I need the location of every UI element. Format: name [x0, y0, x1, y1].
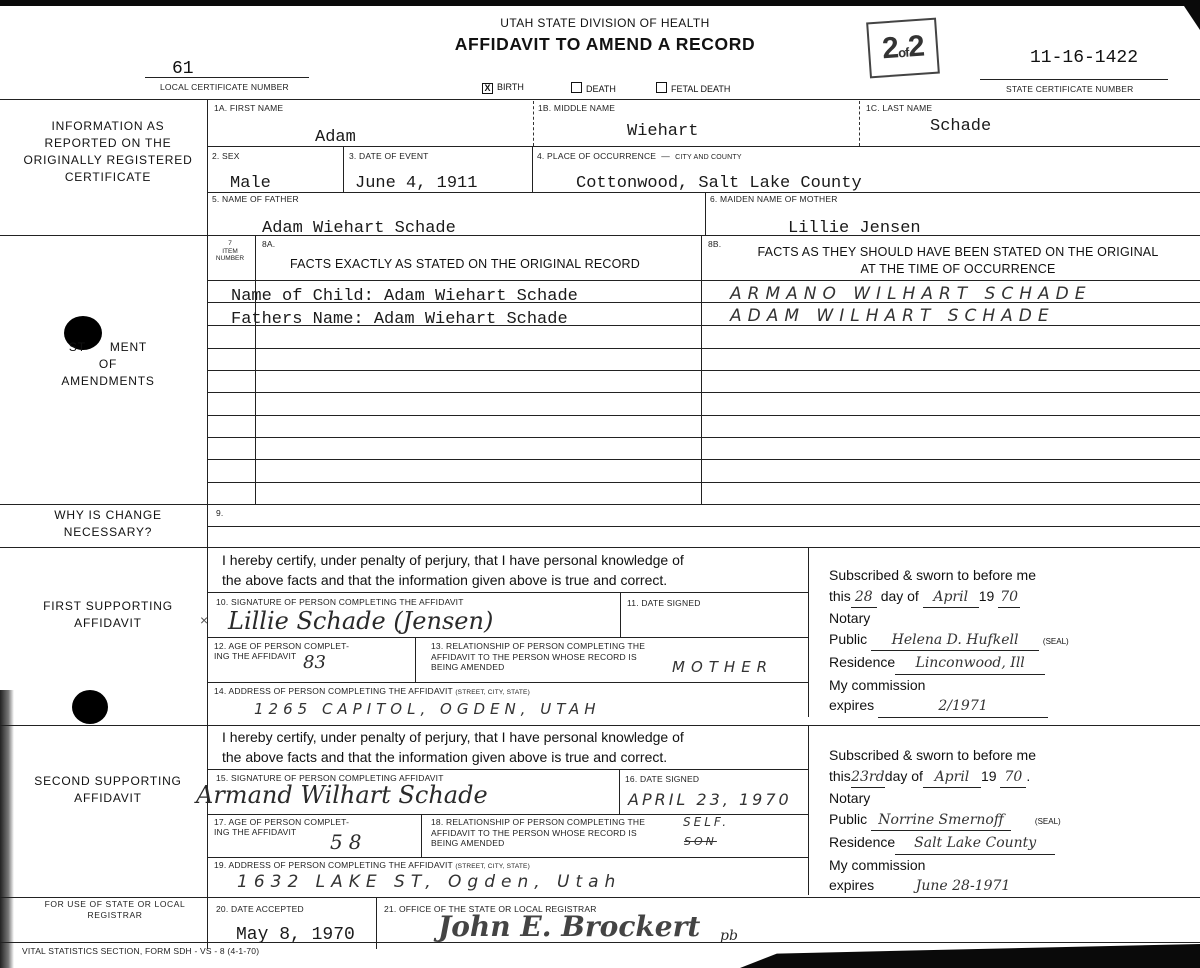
scan-edge-shadow — [0, 690, 14, 968]
agency-name: UTAH STATE DIVISION OF HEALTH — [0, 16, 1200, 30]
item-number-header: 7ITEM NUMBER — [210, 240, 250, 263]
address-label: 14. ADDRESS OF PERSON COMPLETING THE AFF… — [214, 686, 530, 696]
col-8a-header: FACTS EXACTLY AS STATED ON THE ORIGINAL … — [290, 257, 640, 271]
section-label-registrar: FOR USE OF STATE OR LOCAL REGISTRAR — [40, 899, 190, 920]
section-label-first-affidavit: FIRST SUPPORTING AFFIDAVIT — [18, 598, 198, 632]
signature-label: 10. SIGNATURE OF PERSON COMPLETING THE A… — [216, 597, 464, 607]
date-signed-value: APRIL 23, 1970 — [628, 790, 792, 809]
checkbox-fetal-death-box[interactable] — [656, 82, 667, 93]
relationship-label: 13. RELATIONSHIP OF PERSON COMPLETING TH… — [431, 641, 645, 673]
address-value: 1265 CAPITOL, OGDEN, UTAH — [254, 700, 601, 718]
state-certificate-label: STATE CERTIFICATE NUMBER — [1006, 84, 1133, 94]
date-signed-label: 16. DATE SIGNED — [625, 774, 699, 784]
x-mark: × — [200, 612, 208, 628]
section-label-original: INFORMATION AS REPORTED ON THE ORIGINALL… — [18, 118, 198, 186]
sex-label: 2. SEX — [212, 151, 240, 161]
mother-name-label: 6. MAIDEN NAME OF MOTHER — [710, 194, 838, 204]
certify-text-2: the above facts and that the information… — [222, 747, 667, 767]
scan-border-top — [0, 0, 1200, 6]
state-certificate-number: 11-16-1422 — [1030, 48, 1138, 68]
certify-text-1: I hereby certify, under penalty of perju… — [222, 727, 684, 747]
place-label: 4. PLACE OF OCCURRENCE — CITY AND COUNTY — [537, 151, 742, 161]
col-8b-num: 8B. — [708, 239, 721, 249]
age-value: 58 — [330, 830, 367, 854]
checkbox-death-box[interactable] — [571, 82, 582, 93]
col-8b-header: FACTS AS THEY SHOULD HAVE BEEN STATED ON… — [748, 244, 1168, 278]
checkbox-birth-box[interactable]: X — [482, 83, 493, 94]
signature-value: Armand Wilhart Schade — [196, 781, 488, 809]
notary-block-second: Subscribed & sworn to before me this23rd… — [829, 745, 1061, 898]
certify-text-1: I hereby certify, under penalty of perju… — [222, 550, 684, 570]
col-8a-num: 8A. — [262, 239, 275, 249]
relationship-value: MOTHER — [672, 658, 773, 676]
first-name-value: Adam — [315, 128, 356, 147]
why-value — [220, 508, 1190, 524]
section-label-why: WHY IS CHANGE NECESSARY? — [18, 507, 198, 541]
middle-name-value: Wiehart — [627, 122, 698, 141]
father-name-label: 5. NAME OF FATHER — [212, 194, 299, 204]
local-certificate-number: 61 — [172, 59, 194, 79]
age-label: 17. AGE OF PERSON COMPLET-ING THE AFFIDA… — [214, 817, 349, 837]
signature-value: Lillie Schade (Jensen) — [228, 607, 493, 635]
relationship-struck-value: SON — [684, 835, 717, 848]
amendment-row-original: Fathers Name: Adam Wiehart Schade — [231, 310, 568, 329]
checkbox-death[interactable]: DEATH — [571, 82, 616, 94]
checkbox-birth[interactable]: XBIRTH — [482, 82, 524, 94]
registrar-signature: John E. Brockert — [438, 910, 700, 943]
section-label-amendments: STMENTOFAMENDMENTS — [18, 339, 198, 390]
last-name-label: 1C. LAST NAME — [866, 103, 932, 113]
address-value: 1632 LAKE ST, Ogden, Utah — [237, 872, 621, 892]
form-title: AFFIDAVIT TO AMEND A RECORD — [0, 34, 1200, 55]
notary-block-first: Subscribed & sworn to before me this28 d… — [829, 565, 1069, 718]
section-label-second-affidavit: SECOND SUPPORTING AFFIDAVIT — [18, 773, 198, 807]
scan-corner — [740, 944, 1200, 968]
page-stamp: 2of2 — [866, 18, 940, 79]
date-of-event-label: 3. DATE OF EVENT — [349, 151, 429, 161]
age-value: 83 — [303, 652, 326, 673]
certify-text-2: the above facts and that the information… — [222, 570, 667, 590]
place-value: Cottonwood, Salt Lake County — [576, 174, 862, 193]
last-name-value: Schade — [930, 117, 991, 136]
punch-hole-blot — [72, 690, 108, 724]
middle-name-label: 1B. MIDDLE NAME — [538, 103, 615, 113]
local-certificate-label: LOCAL CERTIFICATE NUMBER — [160, 82, 289, 92]
date-signed-label: 11. DATE SIGNED — [627, 598, 701, 608]
first-name-label: 1A. FIRST NAME — [214, 103, 283, 113]
amendment-row-corrected: ADAM WILHART SCHADE — [730, 306, 1055, 326]
amendment-row-original: Name of Child: Adam Wiehart Schade — [231, 287, 578, 306]
age-label: 12. AGE OF PERSON COMPLET-ING THE AFFIDA… — [214, 641, 349, 661]
date-accepted-label: 20. DATE ACCEPTED — [216, 904, 304, 914]
relationship-value: SELF. — [683, 815, 729, 829]
checkbox-fetal-death[interactable]: FETAL DEATH — [656, 82, 730, 94]
form-id: VITAL STATISTICS SECTION, FORM SDH - VS … — [22, 946, 259, 956]
amendment-row-corrected: ARMANO WILHART SCHADE — [730, 284, 1091, 304]
date-of-event-value: June 4, 1911 — [355, 174, 477, 193]
relationship-label: 18. RELATIONSHIP OF PERSON COMPLETING TH… — [431, 817, 645, 849]
sex-value: Male — [230, 174, 271, 193]
address-label: 19. ADDRESS OF PERSON COMPLETING THE AFF… — [214, 860, 530, 870]
